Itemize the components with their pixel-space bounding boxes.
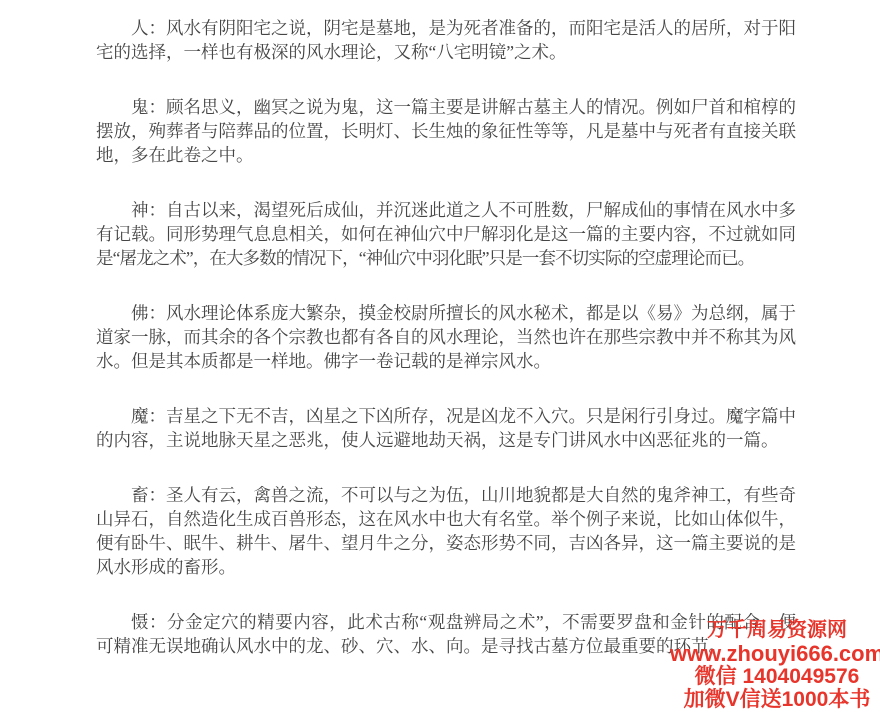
- body-text: 人：风水有阴阳宅之说，阴宅是墓地，是为死者准备的，而阳宅是活人的居所，对于阳 宅…: [96, 16, 796, 689]
- document-page: 人：风水有阴阳宅之说，阴宅是墓地，是为死者准备的，而阳宅是活人的居所，对于阳 宅…: [0, 0, 880, 715]
- paragraph-shen: 神：自古以来，渴望死后成仙，并沉迷此道之人不可胜数，尸解成仙的事情在风水中多 有…: [96, 198, 796, 270]
- text-line: 地，多在此卷之中。: [96, 143, 796, 167]
- paragraph-fo: 佛：风水理论体系庞大繁杂，摸金校尉所擅长的风水秘术，都是以《易》为总纲，属于 道…: [96, 301, 796, 373]
- paragraph-ren: 人：风水有阴阳宅之说，阴宅是墓地，是为死者准备的，而阳宅是活人的居所，对于阳 宅…: [96, 16, 796, 64]
- text-line: 道家一脉，而其余的各个宗教也都有各自的风水理论，当然也许在那些宗教中并不称其为风: [96, 325, 796, 349]
- text-line: 的内容，主说地脉天星之恶兆，使人远避地劫天祸，这是专门讲风水中凶恶征兆的一篇。: [96, 428, 796, 452]
- watermark-promo: 加微V信送1000本书: [662, 688, 880, 711]
- text-line: 风水形成的畜形。: [96, 555, 796, 579]
- text-line: 佛：风水理论体系庞大繁杂，摸金校尉所擅长的风水秘术，都是以《易》为总纲，属于: [96, 301, 796, 325]
- text-line: 便有卧牛、眠牛、耕牛、屠牛、望月牛之分，姿态形势不同，吉凶各异，这一篇主要说的是: [96, 531, 796, 555]
- watermark-url: www.zhouyi666.com: [662, 642, 880, 665]
- text-line: 是“屠龙之术”，在大多数的情况下，“神仙穴中羽化眠”只是一套不切实际的空虚理论而…: [96, 246, 796, 270]
- text-line: 人：风水有阴阳宅之说，阴宅是墓地，是为死者准备的，而阳宅是活人的居所，对于阳: [96, 16, 796, 40]
- text-line: 摆放，殉葬者与陪葬品的位置，长明灯、长生烛的象征性等等，凡是墓中与死者有直接关联: [96, 119, 796, 143]
- text-line: 鬼：顾名思义，幽冥之说为鬼，这一篇主要是讲解古墓主人的情况。例如尸首和棺椁的: [96, 95, 796, 119]
- text-line: 魔：吉星之下无不吉，凶星之下凶所存，况是凶龙不入穴。只是闲行引身过。魔字篇中: [96, 404, 796, 428]
- text-line: 畜：圣人有云，禽兽之流，不可以与之为伍，山川地貌都是大自然的鬼斧神工，有些奇: [96, 483, 796, 507]
- text-line: 宅的选择，一样也有极深的风水理论，又称“八宅明镜”之术。: [96, 40, 796, 64]
- watermark-site-name: 万千周易资源网: [662, 619, 880, 642]
- watermark: 万千周易资源网 www.zhouyi666.com 微信 1404049576 …: [662, 619, 880, 711]
- text-line: 山异石，自然造化生成百兽形态，这在风水中也大有名堂。举个例子来说，比如山体似牛，: [96, 507, 796, 531]
- watermark-wechat: 微信 1404049576: [662, 665, 880, 688]
- text-line: 有记载。同形势理气息息相关，如何在神仙穴中尸解羽化是这一篇的主要内容，不过就如同: [96, 222, 796, 246]
- paragraph-chu: 畜：圣人有云，禽兽之流，不可以与之为伍，山川地貌都是大自然的鬼斧神工，有些奇 山…: [96, 483, 796, 579]
- paragraph-mo: 魔：吉星之下无不吉，凶星之下凶所存，况是凶龙不入穴。只是闲行引身过。魔字篇中 的…: [96, 404, 796, 452]
- text-line: 神：自古以来，渴望死后成仙，并沉迷此道之人不可胜数，尸解成仙的事情在风水中多: [96, 198, 796, 222]
- text-line: 水。但是其本质都是一样地。佛字一卷记载的是禅宗风水。: [96, 349, 796, 373]
- paragraph-gui: 鬼：顾名思义，幽冥之说为鬼，这一篇主要是讲解古墓主人的情况。例如尸首和棺椁的 摆…: [96, 95, 796, 167]
